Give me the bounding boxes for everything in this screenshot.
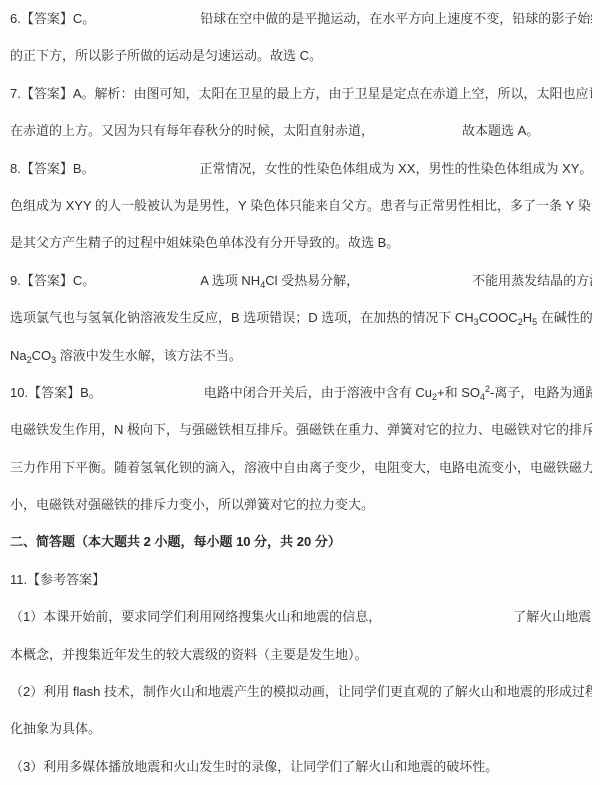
answer-7-line-2: 在赤道的上方。又因为只有每年春秋分的时候，太阳直射赤道，故本题选 A。 <box>10 112 592 149</box>
redacted-gap <box>381 620 513 621</box>
answer-6-text: 铅球在空中做的是平抛运动，在水平方向上速度不变，铅球的影子始终在球 <box>200 11 592 26</box>
answer-9-line-1: 9.【答案】C。A 选项 NH4Cl 受热易分解，不能用蒸发结晶的方法；B <box>10 262 592 299</box>
answer-11-text: 本概念，并搜集近年发生的较大震级的资料（主要是发生地）。 <box>10 647 368 662</box>
answer-9-text: 不能用蒸发结晶的方法；B <box>472 273 592 288</box>
redacted-gap <box>95 172 200 173</box>
answer-11-part1-line-1: （1）本课开始前，要求同学们利用网络搜集火山和地震的信息，了解火山地震的基 <box>10 598 592 635</box>
answer-10-text: 小，电磁铁对强磁铁的排斥力变小，所以弹簧对它的拉力变大。 <box>10 497 374 512</box>
answer-10-label: 10.【答案】B。 <box>10 385 102 400</box>
answer-11-part1-line-2: 本概念，并搜集近年发生的较大震级的资料（主要是发生地）。 <box>10 636 592 673</box>
answer-11-text: （3）利用多媒体播放地震和火山发生时的录像，让同学们了解火山和地震的破坏性。 <box>10 759 498 774</box>
answer-9-label: 9.【答案】C。 <box>10 273 95 288</box>
answer-6-text: 的正下方，所以影子所做的运动是匀速运动。故选 C。 <box>10 48 322 63</box>
redacted-gap <box>102 396 204 397</box>
answer-8-line-1: 8.【答案】B。正常情况，女性的性染色体组成为 XX，男性的性染色体组成为 XY… <box>10 150 592 187</box>
answer-11-label: 11.【参考答案】 <box>10 572 105 587</box>
answer-10-line-2: 电磁铁发生作用，N 极向下，与强磁铁相互排斥。强磁铁在重力、弹簧对它的拉力、电磁… <box>10 411 592 448</box>
section-2-heading: 二、简答题（本大题共 2 小题，每小题 10 分，共 20 分） <box>10 523 592 560</box>
answer-9-text: COOC <box>479 310 518 325</box>
answer-9-text: Na <box>10 348 27 363</box>
answer-7-text: 在赤道的上方。又因为只有每年春秋分的时候，太阳直射赤道， <box>10 123 374 138</box>
answer-11-text: 化抽象为具体。 <box>10 721 101 736</box>
document-page: 6.【答案】C。铅球在空中做的是平抛运动，在水平方向上速度不变，铅球的影子始终在… <box>0 0 600 785</box>
answer-8-line-2: 色组成为 XYY 的人一般被认为是男性，Y 染色体只能来自父方。患者与正常男性相… <box>10 187 592 224</box>
answer-7-text: 7.【答案】A。解析：由图可知，太阳在卫星的最上方，由于卫星是定点在赤道上空，所… <box>10 86 592 101</box>
answer-8-label: 8.【答案】B。 <box>10 161 95 176</box>
answer-8-text: 色组成为 XYY 的人一般被认为是男性，Y 染色体只能来自父方。患者与正常男性相… <box>10 198 592 213</box>
answer-6-line-1: 6.【答案】C。铅球在空中做的是平抛运动，在水平方向上速度不变，铅球的影子始终在… <box>10 0 592 37</box>
answer-8-line-3: 是其父方产生精子的过程中姐妹染色单体没有分开导致的。故选 B。 <box>10 224 592 261</box>
answer-9-line-3: Na2CO3 溶液中发生水解，该方法不当。 <box>10 337 592 374</box>
answer-11-part3-line: （3）利用多媒体播放地震和火山发生时的录像，让同学们了解火山和地震的破坏性。 <box>10 748 592 785</box>
answer-9-text: Cl 受热易分解， <box>265 273 359 288</box>
answer-9-text: 溶液中发生水解，该方法不当。 <box>56 348 242 363</box>
answer-11-text: （2）利用 flash 技术，制作火山和地震产生的模拟动画，让同学们更直观的了解… <box>10 684 592 699</box>
answer-9-line-2: 选项氯气也与氢氧化钠溶液发生反应，B 选项错误；D 选项，在加热的情况下 CH3… <box>10 299 592 336</box>
answer-7-line-1: 7.【答案】A。解析：由图可知，太阳在卫星的最上方，由于卫星是定点在赤道上空，所… <box>10 75 592 112</box>
answer-10-line-3: 三力作用下平衡。随着氢氧化钡的滴入，溶液中自由离子变少，电阻变大，电路电流变小，… <box>10 449 592 486</box>
answer-6-line-2: 的正下方，所以影子所做的运动是匀速运动。故选 C。 <box>10 37 592 74</box>
redacted-gap <box>374 134 462 135</box>
answer-9-text: CO <box>32 348 52 363</box>
answer-7-conclusion: 故本题选 A。 <box>462 123 539 138</box>
answer-9-text: H <box>523 310 532 325</box>
redacted-gap <box>359 284 472 285</box>
answer-8-text: 正常情况，女性的性染色体组成为 XX，男性的性染色体组成为 XY。故性染 <box>200 161 592 176</box>
answer-11-part2-line-1: （2）利用 flash 技术，制作火山和地震产生的模拟动画，让同学们更直观的了解… <box>10 673 592 710</box>
answer-11-label-line: 11.【参考答案】 <box>10 561 592 598</box>
answer-9-text: 在碱性的 <box>537 310 592 325</box>
answer-8-text: 是其父方产生精子的过程中姐妹染色单体没有分开导致的。故选 B。 <box>10 235 399 250</box>
answer-10-line-4: 小，电磁铁对强磁铁的排斥力变小，所以弹簧对它的拉力变大。 <box>10 486 592 523</box>
answer-10-text: 三力作用下平衡。随着氢氧化钡的滴入，溶液中自由离子变少，电阻变大，电路电流变小，… <box>10 460 592 475</box>
answer-9-text: 选项氯气也与氢氧化钠溶液发生反应，B 选项错误；D 选项，在加热的情况下 CH <box>10 310 474 325</box>
answer-10-text: -离子，电路为通路， <box>490 385 592 400</box>
answer-11-part2-line-2: 化抽象为具体。 <box>10 710 592 747</box>
answer-10-text: +和 SO <box>437 385 480 400</box>
answer-6-label: 6.【答案】C。 <box>10 11 95 26</box>
answer-10-text: 电磁铁发生作用，N 极向下，与强磁铁相互排斥。强磁铁在重力、弹簧对它的拉力、电磁… <box>10 422 592 437</box>
redacted-gap <box>95 284 200 285</box>
answer-10-text: 电路中闭合开关后，由于溶液中含有 Cu <box>204 385 432 400</box>
answer-9-text: A 选项 NH <box>200 273 260 288</box>
answer-11-text: （1）本课开始前，要求同学们利用网络搜集火山和地震的信息， <box>10 609 381 624</box>
redacted-gap <box>95 22 200 23</box>
answer-11-text: 了解火山地震的基 <box>513 609 592 624</box>
answer-10-line-1: 10.【答案】B。电路中闭合开关后，由于溶液中含有 Cu2+和 SO42-离子，… <box>10 374 592 411</box>
section-2-heading-text: 二、简答题（本大题共 2 小题，每小题 10 分，共 20 分） <box>10 534 341 549</box>
